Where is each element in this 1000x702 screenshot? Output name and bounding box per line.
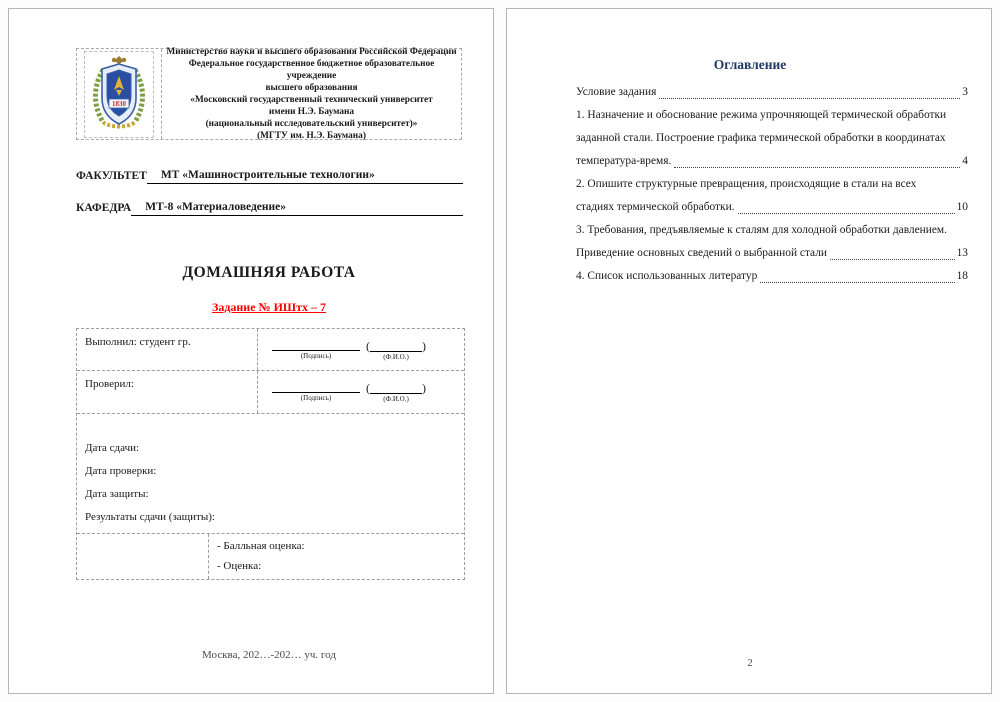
name-caption: (Ф.И.О.) <box>366 352 426 361</box>
header-line: (МГТУ им. Н.Э. Баумана) <box>166 130 457 142</box>
name-blank-line <box>370 383 422 394</box>
table-of-contents: Условие задания 3 1. Назначение и обосно… <box>576 81 968 288</box>
dot-leader <box>659 98 960 99</box>
checked-label: Проверил: <box>77 371 258 413</box>
toc-entry-text: Приведение основных сведений о выбранной… <box>576 242 827 265</box>
toc-entry-text: 2. Опишите структурные превращения, прои… <box>576 173 968 196</box>
toc-entry-text: 1. Назначение и обоснование режима упроч… <box>576 104 968 127</box>
signature-table: Выполнил: студент гр. (Подпись) ( ) <box>76 328 465 580</box>
toc-page-number: 4 <box>962 150 968 173</box>
toc-page-number: 10 <box>957 196 968 219</box>
header-line: «Московский государственный технический … <box>166 94 457 106</box>
emblem-year: 1830 <box>112 100 127 108</box>
page-number: 2 <box>507 657 993 669</box>
dot-leader <box>830 259 955 260</box>
department-value: МТ-8 «Материаловедение» <box>131 201 463 216</box>
name-caption: (Ф.И.О.) <box>366 394 426 403</box>
results-label: Результаты сдачи (защиты): <box>85 511 456 523</box>
city-year-line: Москва, 202…-202… уч. год <box>76 649 462 661</box>
toc-page: Оглавление Условие задания 3 1. Назначен… <box>506 8 992 694</box>
toc-page-number: 3 <box>962 81 968 104</box>
emblem-cell: 1830 <box>77 49 162 139</box>
toc-entry[interactable]: 1. Назначение и обоснование режима упроч… <box>576 104 968 173</box>
header-line: (национальный исследовательский универси… <box>166 118 457 130</box>
title-page: 1830 Министерство науки и высшего образо… <box>8 8 494 694</box>
toc-entry-text: стадиях термической обработки. <box>576 196 735 219</box>
signature-blank-line <box>272 340 360 351</box>
toc-entry-text: 4. Список использованных литератур <box>576 265 757 288</box>
grade-label: - Оценка: <box>217 560 456 572</box>
department-label: КАФЕДРА <box>76 202 131 216</box>
document-view: 1830 Министерство науки и высшего образо… <box>0 0 1000 702</box>
toc-page-number: 13 <box>957 242 968 265</box>
dot-leader <box>760 282 954 283</box>
toc-entry[interactable]: 2. Опишите структурные превращения, прои… <box>576 173 968 219</box>
toc-title: Оглавление <box>507 57 993 73</box>
department-row: КАФЕДРА МТ-8 «Материаловедение» <box>76 201 463 216</box>
university-emblem: 1830 <box>84 51 154 138</box>
toc-entry[interactable]: 4. Список использованных литератур 18 <box>576 265 968 288</box>
signature-caption: (Подпись) <box>272 351 360 360</box>
grades-empty-cell <box>77 534 209 579</box>
toc-entry-text: заданной стали. Построение графика терми… <box>576 127 968 150</box>
toc-entry-text: 3. Требования, предъявляемые к сталям дл… <box>576 219 968 242</box>
header-line: Министерство науки и высшего образования… <box>166 46 457 58</box>
faculty-value: МТ «Машиностроительные технологии» <box>147 169 463 184</box>
header-line: Федеральное государственное бюджетное об… <box>166 58 457 82</box>
paren-close: ) <box>422 340 426 352</box>
dot-leader <box>674 167 960 168</box>
ministry-header-text: Министерство науки и высшего образования… <box>162 49 461 139</box>
university-header-box: 1830 Министерство науки и высшего образо… <box>76 48 462 140</box>
toc-entry-text: Условие задания <box>576 81 656 104</box>
table-row: Выполнил: студент гр. (Подпись) ( ) <box>77 329 464 371</box>
faculty-label: ФАКУЛЬТЕТ <box>76 170 147 184</box>
table-row: Проверил: (Подпись) ( ) <box>77 371 464 414</box>
header-line: имени Н.Э. Баумана <box>166 106 457 118</box>
date-submission-label: Дата сдачи: <box>85 442 456 454</box>
toc-entry[interactable]: 3. Требования, предъявляемые к сталям дл… <box>576 219 968 265</box>
paren-close: ) <box>422 382 426 394</box>
faculty-row: ФАКУЛЬТЕТ МТ «Машиностроительные техноло… <box>76 169 463 184</box>
grades-cell: - Балльная оценка: - Оценка: <box>209 534 464 579</box>
grades-row: - Балльная оценка: - Оценка: <box>77 534 464 579</box>
signature-blank-line <box>272 382 360 393</box>
performed-signature-cell: (Подпись) ( ) (Ф.И.О.) <box>258 329 464 370</box>
performed-label: Выполнил: студент гр. <box>77 329 258 370</box>
signature-caption: (Подпись) <box>272 393 360 402</box>
work-title: ДОМАШНЯЯ РАБОТА <box>76 264 462 282</box>
toc-page-number: 18 <box>957 265 968 288</box>
toc-entry-text: температура-время. <box>576 150 671 173</box>
dot-leader <box>738 213 955 214</box>
assignment-title: Задание № ИШтх – 7 <box>76 300 462 315</box>
dates-row: Дата сдачи: Дата проверки: Дата защиты: … <box>77 414 464 534</box>
toc-entry[interactable]: Условие задания 3 <box>576 81 968 104</box>
date-check-label: Дата проверки: <box>85 465 456 477</box>
score-label: - Балльная оценка: <box>217 540 456 552</box>
checked-signature-cell: (Подпись) ( ) (Ф.И.О.) <box>258 371 464 413</box>
bmstu-emblem-icon: 1830 <box>91 54 147 130</box>
name-blank-line <box>370 341 422 352</box>
header-line: высшего образования <box>166 82 457 94</box>
date-defense-label: Дата защиты: <box>85 488 456 500</box>
